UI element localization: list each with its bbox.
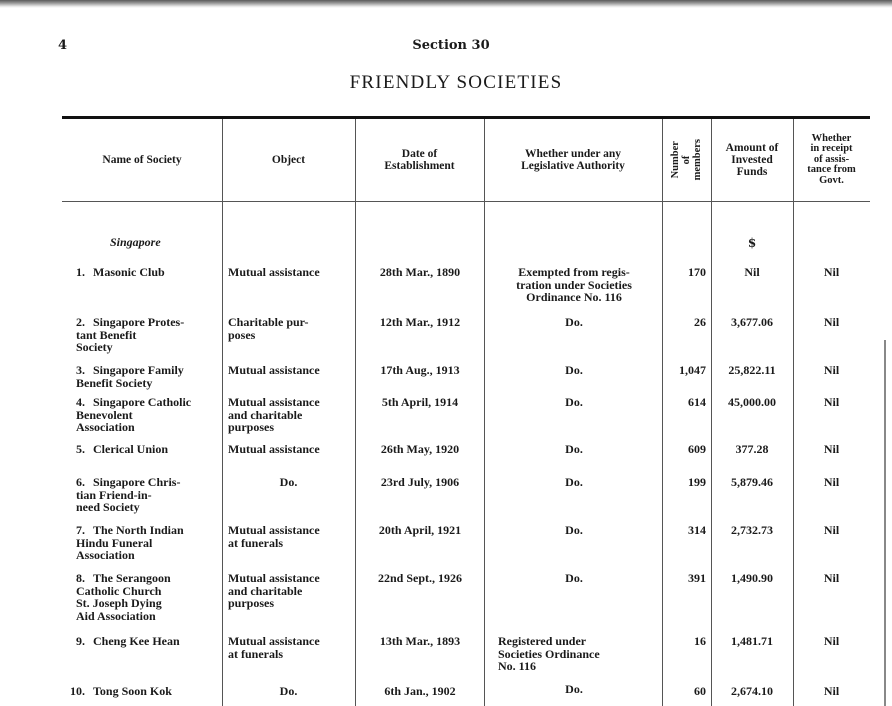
invested-funds: 1,481.71 (711, 635, 793, 648)
member-count: 60 (662, 685, 706, 698)
header-name-text: Name of Society (102, 154, 181, 166)
govt-assistance: Nil (793, 635, 870, 648)
society-name-text: Singapore Catholic Benevolent Associatio… (76, 395, 191, 434)
society-object: Do. (222, 476, 355, 489)
invested-funds: 1,490.90 (711, 572, 793, 585)
invested-funds: 377.28 (711, 443, 793, 456)
society-name-text: Tong Soon Kok (93, 684, 172, 698)
legislative-authority: Do. (488, 396, 660, 409)
scan-page-edge (884, 340, 886, 706)
row-number: 9. (76, 635, 93, 648)
header-members: Number of members (662, 119, 711, 201)
govt-assistance: Nil (793, 266, 870, 279)
establishment-date: 12th Mar., 1912 (356, 316, 484, 329)
legislative-authority: Do. (488, 476, 660, 489)
header-authority: Whether under any Legislative Authority (484, 119, 662, 201)
member-count: 26 (662, 316, 706, 329)
legislative-authority: Do. (488, 316, 660, 329)
invested-funds: 2,674.10 (711, 685, 793, 698)
header-bottom-rule (62, 201, 870, 202)
society-object: Do. (222, 685, 355, 698)
govt-assistance: Nil (793, 316, 870, 329)
govt-assistance: Nil (793, 685, 870, 698)
header-object-text: Object (272, 154, 305, 166)
establishment-date: 17th Aug., 1913 (356, 364, 484, 377)
society-name: 9.Cheng Kee Hean (76, 635, 222, 648)
establishment-date: 6th Jan., 1902 (356, 685, 484, 698)
establishment-date: 20th April, 1921 (356, 524, 484, 537)
society-name: 6.Singapore Chris- tian Friend-in- need … (76, 476, 222, 514)
header-funds-text: Amount of Invested Funds (726, 142, 779, 178)
legislative-authority: Do. (488, 524, 660, 537)
establishment-date: 26th May, 1920 (356, 443, 484, 456)
govt-assistance: Nil (793, 524, 870, 537)
society-name-text: Singapore Protes- tant Benefit Society (76, 315, 184, 354)
invested-funds: 45,000.00 (711, 396, 793, 409)
column-divider (484, 119, 485, 706)
column-divider (662, 119, 663, 706)
column-divider (711, 119, 712, 706)
govt-assistance: Nil (793, 476, 870, 489)
society-object: Mutual assistance (228, 443, 356, 456)
invested-funds: 3,677.06 (711, 316, 793, 329)
society-object: Mutual assistance and charitable purpose… (228, 396, 356, 434)
member-count: 609 (662, 443, 706, 456)
header-funds: Amount of Invested Funds (711, 119, 793, 201)
row-number: 10. (70, 685, 93, 698)
govt-assistance: Nil (793, 443, 870, 456)
society-object: Mutual assistance at funerals (228, 635, 356, 660)
header-members-text: Number of members (670, 139, 703, 180)
member-count: 199 (662, 476, 706, 489)
govt-assistance: Nil (793, 396, 870, 409)
column-divider (793, 119, 794, 706)
header-assistance: Whether in receipt of assis- tance from … (793, 119, 870, 201)
society-name-text: Singapore Family Benefit Society (76, 363, 184, 390)
society-name: 8.The Serangoon Catholic Church St. Jose… (76, 572, 222, 622)
society-name: 10.Tong Soon Kok (70, 685, 216, 698)
member-count: 16 (662, 635, 706, 648)
legislative-authority: Do. (488, 572, 660, 585)
society-name: 3.Singapore Family Benefit Society (76, 364, 222, 389)
establishment-date: 5th April, 1914 (356, 396, 484, 409)
legislative-authority: Do. (488, 443, 660, 456)
column-divider (222, 119, 223, 706)
society-name: 4.Singapore Catholic Benevolent Associat… (76, 396, 222, 434)
society-name: 5.Clerical Union (76, 443, 222, 456)
society-name-text: Clerical Union (93, 442, 168, 456)
member-count: 170 (662, 266, 706, 279)
society-name: 7.The North Indian Hindu Funeral Associa… (76, 524, 222, 562)
society-object: Charitable pur- poses (228, 316, 356, 341)
govt-assistance: Nil (793, 572, 870, 585)
section-label: Section 30 (0, 38, 892, 53)
legislative-authority: Registered under Societies Ordinance No.… (498, 635, 662, 673)
region-heading: Singapore (110, 235, 161, 250)
society-object: Mutual assistance (228, 266, 356, 279)
legislative-authority: Do. (488, 364, 660, 377)
invested-funds: 2,732.73 (711, 524, 793, 537)
establishment-date: 13th Mar., 1893 (356, 635, 484, 648)
society-object: Mutual assistance and charitable purpose… (228, 572, 356, 610)
establishment-date: 23rd July, 1906 (356, 476, 484, 489)
member-count: 614 (662, 396, 706, 409)
society-name-text: The North Indian Hindu Funeral Associati… (76, 523, 184, 562)
society-name: 1.Masonic Club (76, 266, 222, 279)
legislative-authority: Do. (488, 683, 660, 696)
viewer-top-edge (0, 0, 892, 8)
invested-funds: 5,879.46 (711, 476, 793, 489)
header-object: Object (222, 119, 355, 201)
row-number: 5. (76, 443, 93, 456)
header-authority-text: Whether under any Legislative Authority (521, 148, 625, 172)
society-object: Mutual assistance at funerals (228, 524, 356, 549)
header-assistance-text: Whether in receipt of assis- tance from … (807, 134, 856, 187)
row-number: 1. (76, 266, 93, 279)
invested-funds: 25,822.11 (711, 364, 793, 377)
govt-assistance: Nil (793, 364, 870, 377)
currency-symbol: $ (711, 236, 793, 250)
member-count: 314 (662, 524, 706, 537)
establishment-date: 28th Mar., 1890 (356, 266, 484, 279)
header-date: Date of Establishment (355, 119, 484, 201)
society-object: Mutual assistance (228, 364, 356, 377)
member-count: 1,047 (662, 364, 706, 377)
society-name: 2.Singapore Protes- tant Benefit Society (76, 316, 222, 354)
header-name: Name of Society (62, 119, 222, 201)
page-title: FRIENDLY SOCIETIES (0, 72, 892, 94)
member-count: 391 (662, 572, 706, 585)
legislative-authority: Exempted from regis- tration under Socie… (488, 266, 660, 304)
society-name-text: Cheng Kee Hean (93, 634, 180, 648)
society-name-text: Masonic Club (93, 265, 165, 279)
invested-funds: Nil (711, 266, 793, 279)
establishment-date: 22nd Sept., 1926 (356, 572, 484, 585)
header-date-text: Date of Establishment (384, 148, 454, 172)
